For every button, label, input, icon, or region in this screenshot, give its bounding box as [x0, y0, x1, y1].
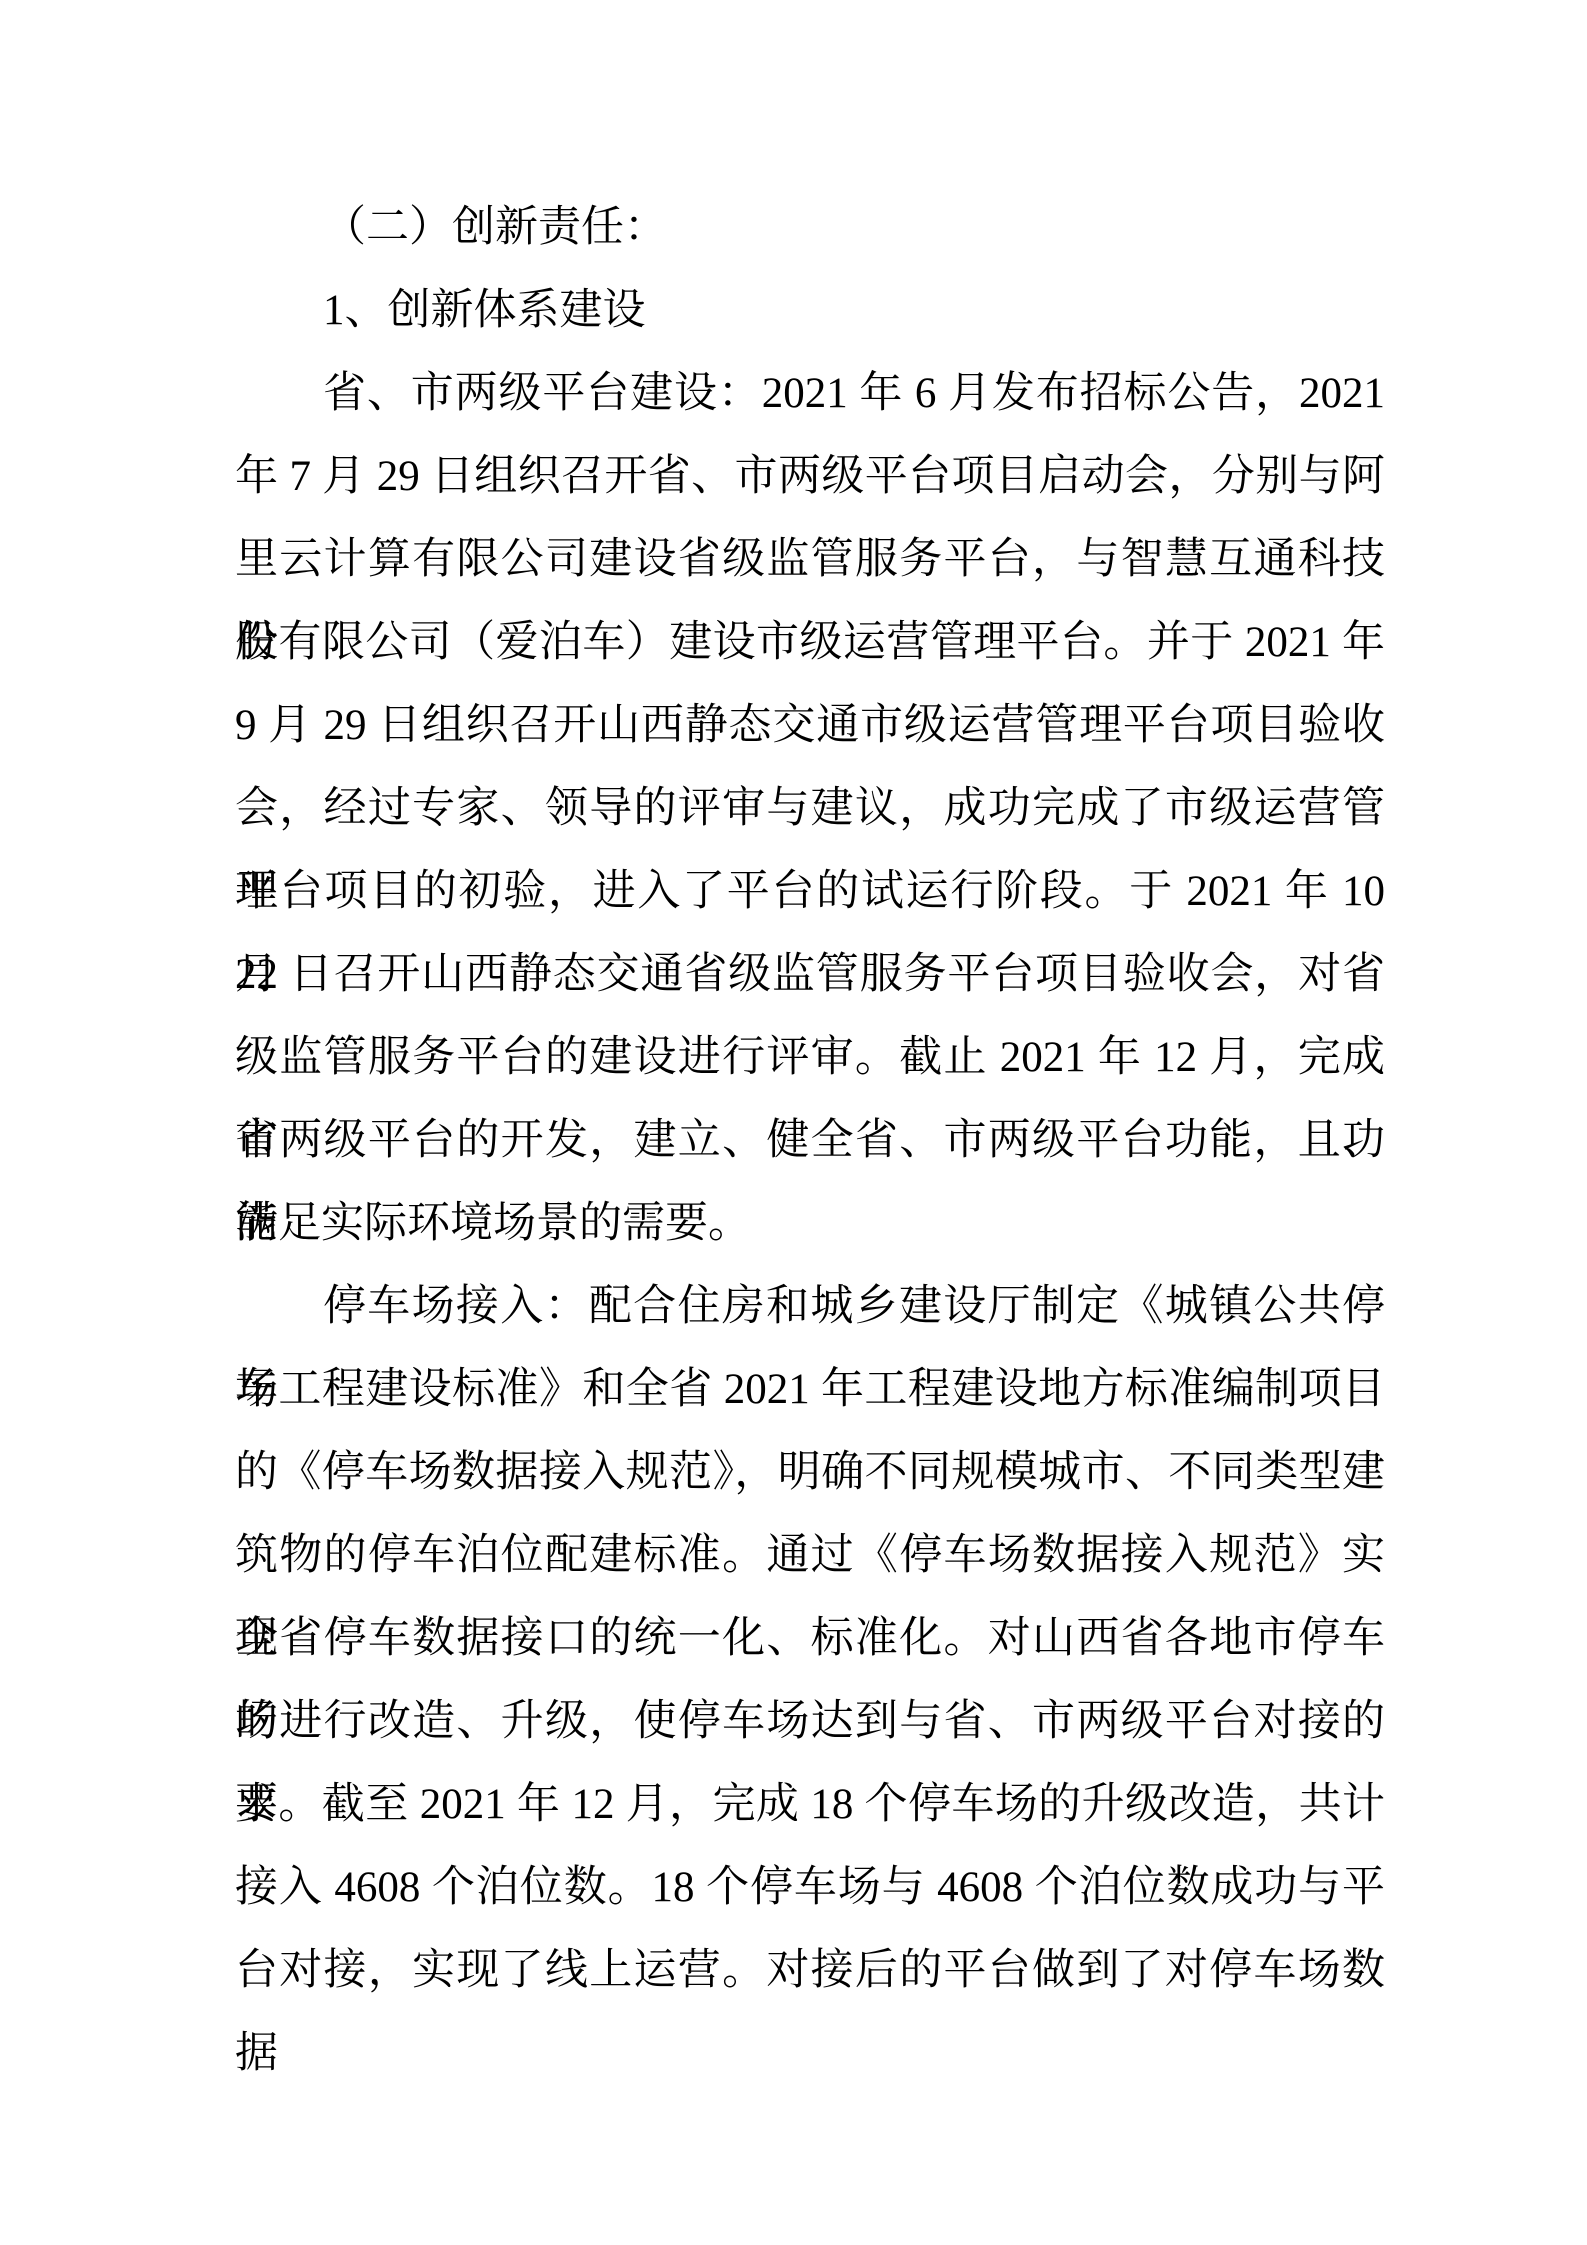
- document-text-body: （二）创新责任：1、创新体系建设省、市两级平台建设：2021 年 6 月发布招标…: [235, 186, 1385, 2012]
- section-heading-line: （二）创新责任：: [235, 186, 1385, 269]
- paragraph-parking-access-line: 的进行改造、升级，使停车场达到与省、市两级平台对接的要: [235, 1680, 1385, 1763]
- paragraph-platform-construction-line: 级监管服务平台的建设进行评审。截止 2021 年 12 月，完成省、: [235, 1016, 1385, 1099]
- paragraph-parking-access-line: 筑物的停车泊位配建标准。通过《停车场数据接入规范》实现: [235, 1514, 1385, 1597]
- paragraph-parking-access-line: 台对接，实现了线上运营。对接后的平台做到了对停车场数据: [235, 1929, 1385, 2012]
- paragraph-platform-construction-line: 平台项目的初验，进入了平台的试运行阶段。于 2021 年 10 月: [235, 850, 1385, 933]
- paragraph-parking-access-line: 停车场接入：配合住房和城乡建设厅制定《城镇公共停车: [235, 1265, 1385, 1348]
- paragraph-parking-access-line: 全省停车数据接口的统一化、标准化。对山西省各地市停车场: [235, 1597, 1385, 1680]
- paragraph-platform-construction-line: 份有限公司（爱泊车）建设市级运营管理平台。并于 2021 年: [235, 601, 1385, 684]
- paragraph-platform-construction-line: 年 7 月 29 日组织召开省、市两级平台项目启动会，分别与阿: [235, 435, 1385, 518]
- paragraph-platform-construction-line: 会，经过专家、领导的评审与建议，成功完成了市级运营管理: [235, 767, 1385, 850]
- paragraph-platform-construction-line: 里云计算有限公司建设省级监管服务平台，与智慧互通科技股: [235, 518, 1385, 601]
- paragraph-platform-construction-line: 22 日召开山西静态交通省级监管服务平台项目验收会，对省: [235, 933, 1385, 1016]
- paragraph-parking-access-line: 求。截至 2021 年 12 月，完成 18 个停车场的升级改造，共计: [235, 1763, 1385, 1846]
- paragraph-parking-access-line: 场工程建设标准》和全省 2021 年工程建设地方标准编制项目: [235, 1348, 1385, 1431]
- paragraph-parking-access-line: 的《停车场数据接入规范》，明确不同规模城市、不同类型建: [235, 1431, 1385, 1514]
- paragraph-parking-access-line: 接入 4608 个泊位数。18 个停车场与 4608 个泊位数成功与平: [235, 1846, 1385, 1929]
- paragraph-platform-construction-line: 省、市两级平台建设：2021 年 6 月发布招标公告，2021: [235, 352, 1385, 435]
- paragraph-platform-construction-line: 满足实际环境场景的需要。: [235, 1182, 1385, 1265]
- paragraph-platform-construction-line: 市两级平台的开发，建立、健全省、市两级平台功能，且功能: [235, 1099, 1385, 1182]
- subsection-heading-line: 1、创新体系建设: [235, 269, 1385, 352]
- document-page: （二）创新责任：1、创新体系建设省、市两级平台建设：2021 年 6 月发布招标…: [0, 0, 1587, 2245]
- paragraph-platform-construction-line: 9 月 29 日组织召开山西静态交通市级运营管理平台项目验收: [235, 684, 1385, 767]
